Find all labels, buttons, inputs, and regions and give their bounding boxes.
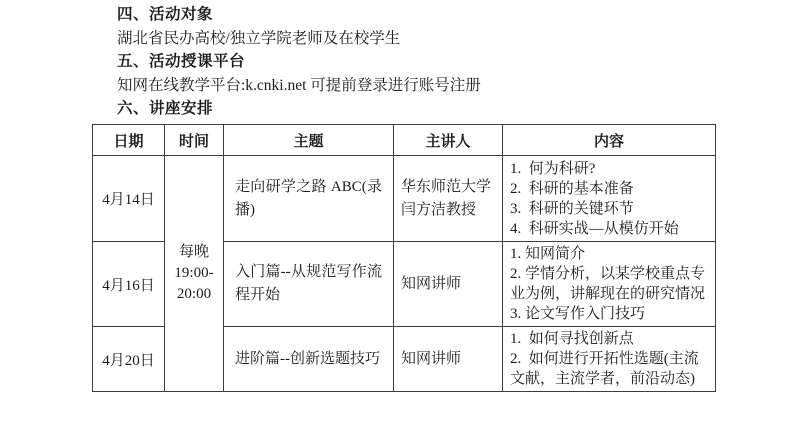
topic-cell: 走向研学之路 ABC(录播) [224,156,394,242]
topic-cell: 入门篇--从规范写作流程开始 [224,242,394,327]
time-cell: 每晚19:00-20:00 [165,156,224,392]
topic-cell: 进阶篇--创新选题技巧 [224,327,394,392]
date-cell: 4月16日 [93,242,165,327]
date-cell: 4月20日 [93,327,165,392]
time-lines: 每晚19:00-20:00 [167,242,221,305]
content-list: 1. 何为科研?2. 科研的基本准备3. 科研的关键环节4. 科研实战—从模仿开… [510,159,708,239]
document-page: 四、活动对象 湖北省民办高校/独立学院老师及在校学生 五、活动授课平台 知网在线… [0,0,800,437]
content-cell: 1. 如何寻找创新点2. 如何进行开拓性选题(主流文献，主流学者，前沿动态) [503,327,716,392]
speaker-lines: 知网讲师 [401,273,495,296]
content-list: 1. 知网简介2. 学情分析，以某学校重点专业为例，讲解现在的研究情况3. 论文… [510,244,708,324]
speaker-lines: 知网讲师 [401,348,495,371]
speaker-lines: 华东师范大学闫方洁教授 [401,176,495,222]
content-cell: 1. 知网简介2. 学情分析，以某学校重点专业为例，讲解现在的研究情况3. 论文… [503,242,716,327]
col-header-time: 时间 [165,125,224,156]
schedule-table: 日期 时间 主题 主讲人 内容 4月14日 每晚19:00-20:00 走向研学… [92,124,716,392]
speaker-cell: 华东师范大学闫方洁教授 [394,156,503,242]
date-cell: 4月14日 [93,156,165,242]
col-header-content: 内容 [503,125,716,156]
intro-section: 四、活动对象 湖北省民办高校/独立学院老师及在校学生 五、活动授课平台 知网在线… [117,3,481,121]
section-4-body: 湖北省民办高校/独立学院老师及在校学生 [117,27,481,51]
section-4-heading: 四、活动对象 [117,3,481,27]
section-5-heading: 五、活动授课平台 [117,50,481,74]
table-row: 4月14日 每晚19:00-20:00 走向研学之路 ABC(录播) 华东师范大… [93,156,716,242]
col-header-topic: 主题 [224,125,394,156]
section-5-body: 知网在线教学平台:k.cnki.net 可提前登录进行账号注册 [117,74,481,98]
table-header-row: 日期 时间 主题 主讲人 内容 [93,125,716,156]
content-list: 1. 如何寻找创新点2. 如何进行开拓性选题(主流文献，主流学者，前沿动态) [510,329,708,389]
section-6-heading: 六、讲座安排 [117,97,481,121]
speaker-cell: 知网讲师 [394,327,503,392]
content-cell: 1. 何为科研?2. 科研的基本准备3. 科研的关键环节4. 科研实战—从模仿开… [503,156,716,242]
col-header-speaker: 主讲人 [394,125,503,156]
col-header-date: 日期 [93,125,165,156]
speaker-cell: 知网讲师 [394,242,503,327]
